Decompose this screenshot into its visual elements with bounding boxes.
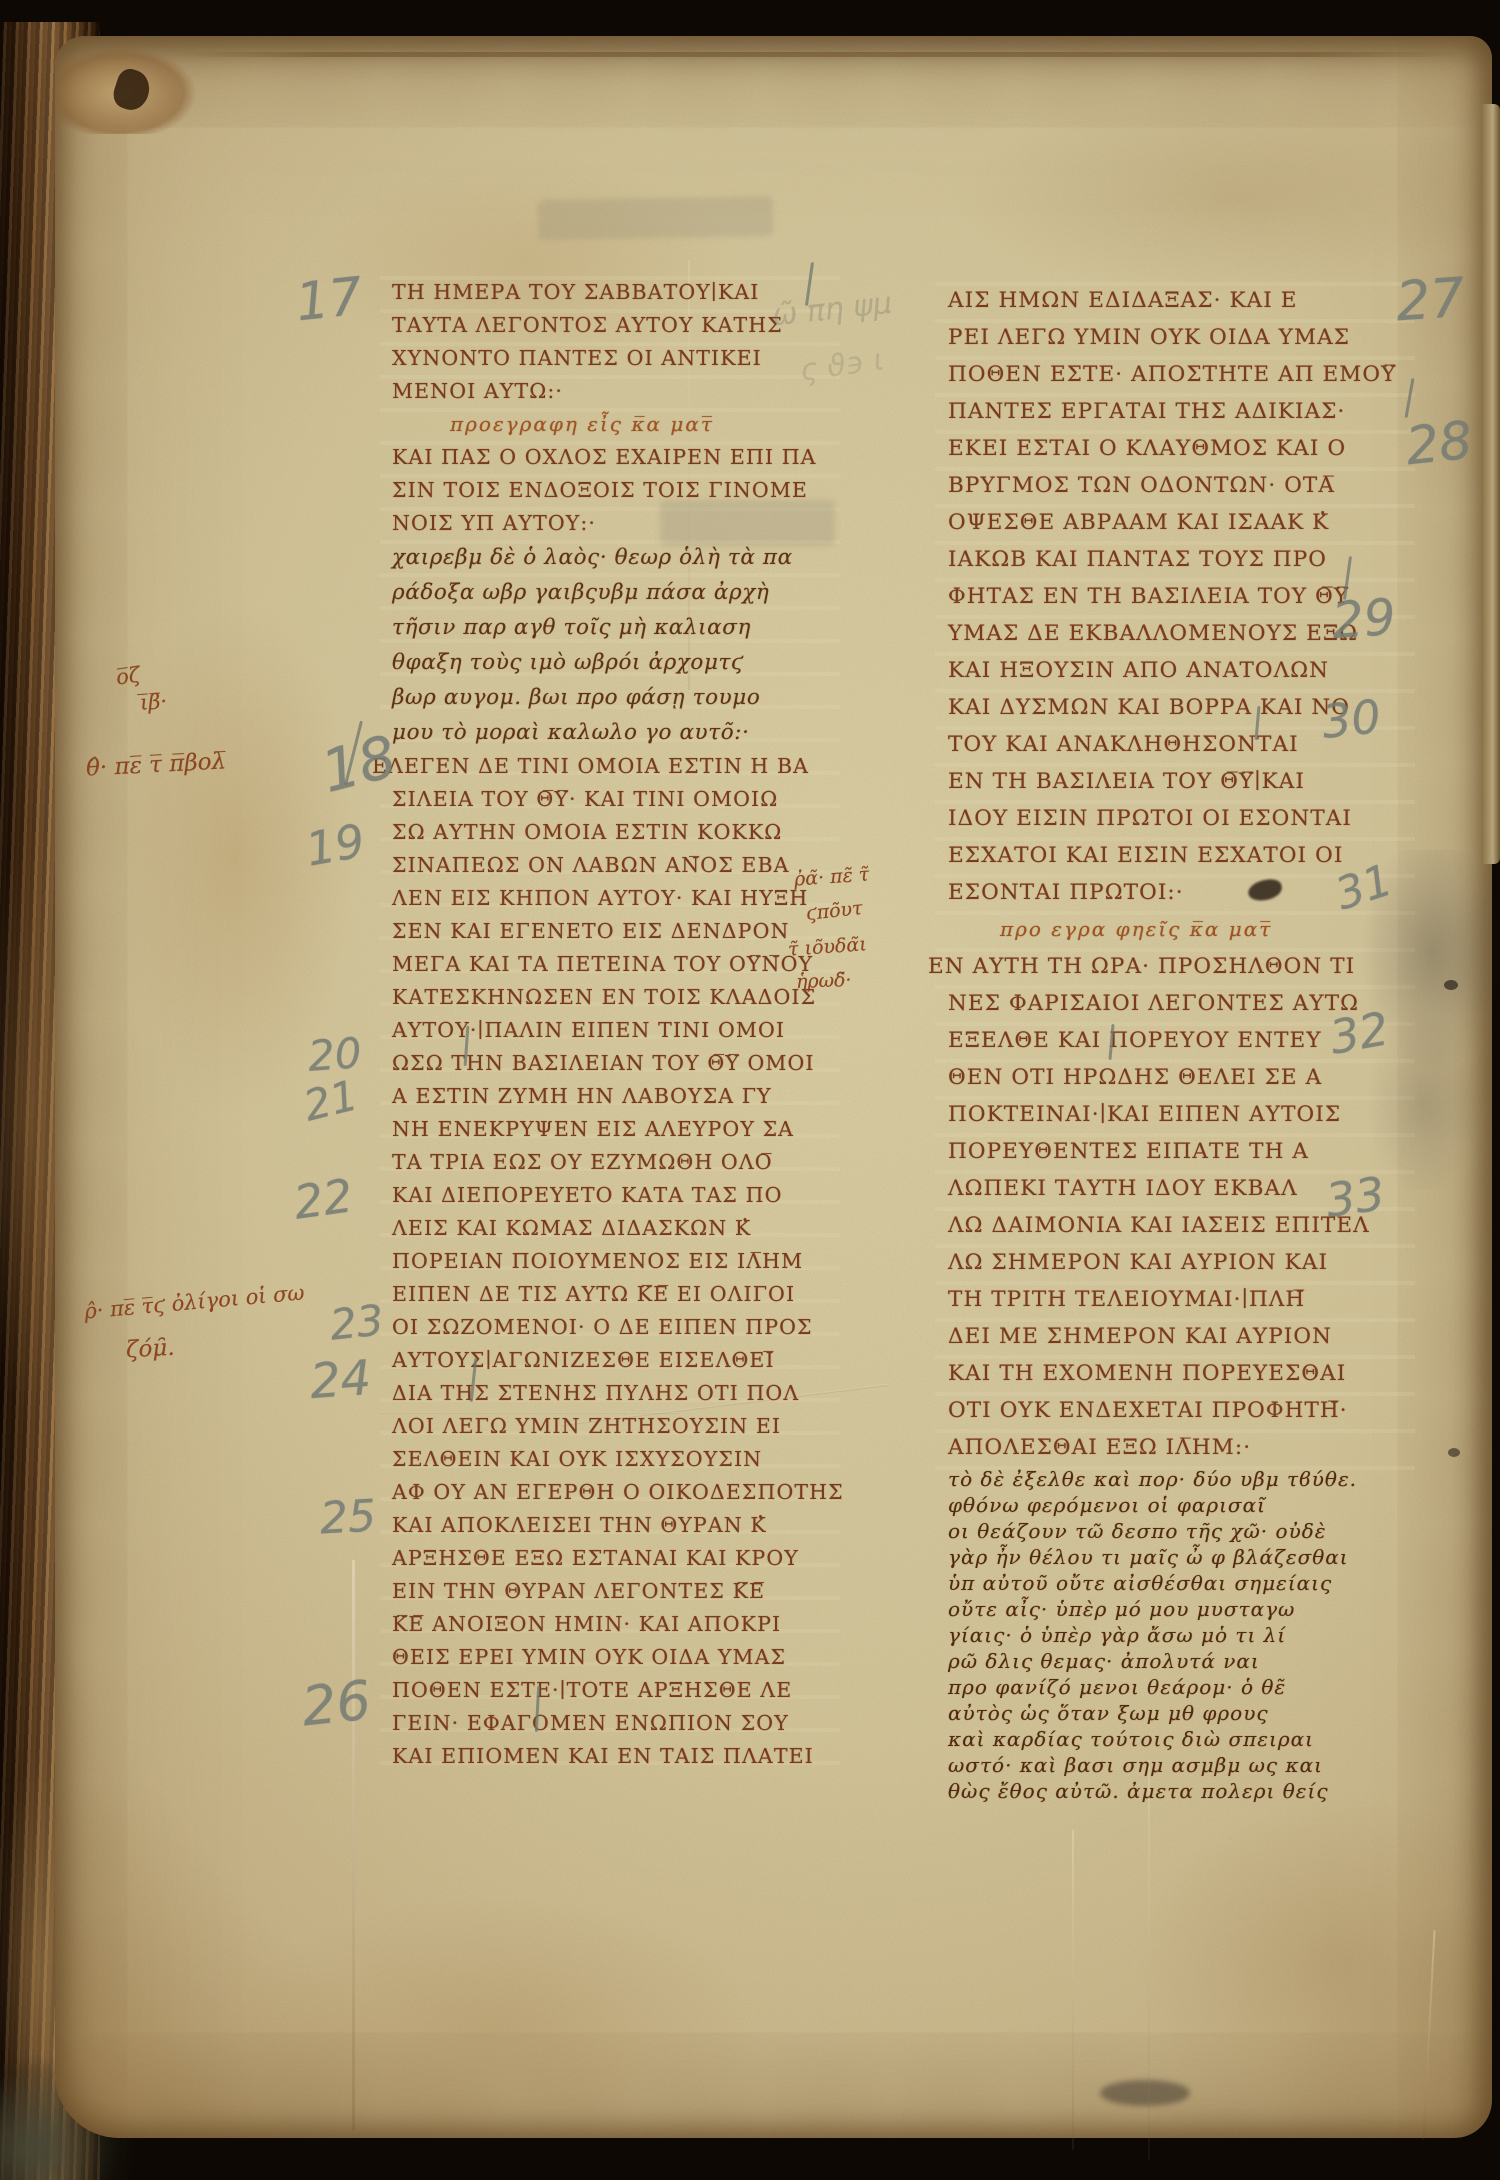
text-line: ὑπ αὐτοῦ οὔτε αἰσθέσθαι σημείαις <box>948 1570 1403 1596</box>
text-line: ΤΗ ΤΡΙΤΗ ΤΕΛΕΙΟΥΜΑΙ·∣ΠΛΗ̅ <box>948 1281 1403 1318</box>
text-line: ΕΝ ΤΗ ΒΑΣΙΛΕΙΑ ΤΟΥ Θ̅Υ̅∣ΚΑΙ <box>948 763 1403 800</box>
left-text-column: ΤΗ ΗΜΕΡΑ ΤΟΥ ΣΑΒΒΑΤΟΥ∣ΚΑΙΤΑΥΤΑ ΛΕΓΟΝΤΟΣ … <box>392 276 824 1773</box>
text-line: ΣΕΝ ΚΑΙ ΕΓΕΝΕΤΟ ΕΙΣ ΔΕΝΔΡΟΝ <box>392 915 824 948</box>
text-line: ΚΑΤΕΣΚΗΝΩΣΕΝ ΕΝ ΤΟΙΣ ΚΛΑΔΟΙΣ <box>392 981 824 1014</box>
text-line: ΤΑ ΤΡΙΑ ΕΩΣ ΟΥ ΕΖΥΜΩΘΗ ΟΛΟ̅ <box>392 1146 824 1179</box>
text-line: ωστό· καὶ βασι σημ ασμβμ ως και <box>948 1752 1403 1778</box>
text-line: ΕΙΠΕΝ ΔΕ ΤΙΣ ΑΥΤΩ Κ̅Ε̅ ΕΙ ΟΛΙΓΟΙ <box>392 1278 824 1311</box>
right-text-column: ΑΙΣ ΗΜΩΝ ΕΔΙΔΑΞΑΣ· ΚΑΙ ΕΡΕΙ ΛΕΓΩ ΥΜΙΝ ΟΥ… <box>948 282 1403 1804</box>
stain <box>235 1896 755 2138</box>
text-line: ΘΕΙΣ ΕΡΕΙ ΥΜΙΝ ΟΥΚ ΟΙΔΑ ΥΜΑΣ <box>392 1641 824 1674</box>
text-line: ΕΞΕΛΘΕ ΚΑΙ ΠΟΡΕΥΟΥ ΕΝΤΕΥ <box>948 1022 1403 1059</box>
text-line: ΑΦ ΟΥ ΑΝ ΕΓΕΡΘΗ Ο ΟΙΚΟΔΕΣΠΟΤΗΣ <box>392 1476 824 1509</box>
text-line: γίαις· ὁ ὑπὲρ γὰρ ἄσω μὁ τι λί <box>948 1622 1403 1648</box>
text-line: ΙΑΚΩΒ ΚΑΙ ΠΑΝΤΑΣ ΤΟΥΣ ΠΡΟ <box>948 541 1403 578</box>
text-line: ΟΤΙ ΟΥΚ ΕΝΔΕΧΕΤΑΙ ΠΡΟΦΗΤΗ̅· <box>948 1392 1403 1429</box>
text-line: βωρ αυγομ. βωι προ φάσῃ τουμο <box>392 680 824 715</box>
text-line: ΑΡΞΗΣΘΕ ΕΞΩ ΕΣΤΑΝΑΙ ΚΑΙ ΚΡΟΥ <box>392 1542 824 1575</box>
text-line: ΤΟΥ ΚΑΙ ΑΝΑΚΛΗΘΗΣΟΝΤΑΙ <box>948 726 1403 763</box>
text-line: οι θεάζουν τῶ δεσπο τῆς χῶ· οὐδὲ <box>948 1518 1403 1544</box>
text-line: ΑΠΟΛΕΣΘΑΙ ΕΞΩ ΙΛ̅ΗΜ:· <box>948 1429 1403 1466</box>
text-line: ΤΗ ΗΜΕΡΑ ΤΟΥ ΣΑΒΒΑΤΟΥ∣ΚΑΙ <box>392 276 824 309</box>
text-line: ΣΙΛΕΙΑ ΤΟΥ Θ̅Υ̅· ΚΑΙ ΤΙΝΙ ΟΜΟΙΩ <box>392 783 824 816</box>
text-line: ΚΑΙ ΕΠΙΟΜΕΝ ΚΑΙ ΕΝ ΤΑΙΣ ΠΛΑΤΕΙ <box>392 1740 824 1773</box>
text-line: φθόνω φερόμενοι οἱ φαρισαῖ <box>948 1492 1403 1518</box>
manuscript-photo: ΤΗ ΗΜΕΡΑ ΤΟΥ ΣΑΒΒΑΤΟΥ∣ΚΑΙΤΑΥΤΑ ΛΕΓΟΝΤΟΣ … <box>0 0 1500 2180</box>
text-line: ΚΑΙ ΤΗ ΕΧΟΜΕΝΗ ΠΟΡΕΥΕΣΘΑΙ <box>948 1355 1403 1392</box>
text-line: ΜΕΝΟΙ ΑΥΤΩ:· <box>392 375 824 408</box>
text-line: ΛΩΠΕΚΙ ΤΑΥΤΗ ΙΔΟΥ ΕΚΒΑΛ <box>948 1170 1403 1207</box>
text-line: ΚΑΙ ΗΞΟΥΣΙΝ ΑΠΟ ΑΝΑΤΟΛΩΝ <box>948 652 1403 689</box>
stain <box>955 96 1492 296</box>
text-line: οὔτε αἶς· ὑπὲρ μό μου μυσταγω <box>948 1596 1403 1622</box>
stain <box>1135 1796 1492 2136</box>
text-line: ΚΑΙ ΔΥΣΜΩΝ ΚΑΙ ΒΟΡΡΑ ΚΑΙ ΝΟ <box>948 689 1403 726</box>
text-line: ΑΥΤΟΥ·∣ΠΑΛΙΝ ΕΙΠΕΝ ΤΙΝΙ ΟΜΟΙ <box>392 1014 824 1047</box>
text-line: ΚΑΙ ΔΙΕΠΟΡΕΥΕΤΟ ΚΑΤΑ ΤΑΣ ΠΟ <box>392 1179 824 1212</box>
bottom-smudge <box>1100 2080 1190 2106</box>
text-line: ΠΑΝΤΕΣ ΕΡΓΑΤΑΙ ΤΗΣ ΑΔΙΚΙΑΣ· <box>948 393 1403 430</box>
text-line: ρῶ δλις θεμας· ἀπολυτά ναι <box>948 1648 1403 1674</box>
text-line: ΕΚΕΙ ΕΣΤΑΙ Ο ΚΛΑΥΘΜΟΣ ΚΑΙ Ο <box>948 430 1403 467</box>
text-line: ΕΙΝ ΤΗΝ ΘΥΡΑΝ ΛΕΓΟΝΤΕΣ Κ̅Ε̅ <box>392 1575 824 1608</box>
text-line: ΠΟΡΕΥΘΕΝΤΕΣ ΕΙΠΑΤΕ ΤΗ Α <box>948 1133 1403 1170</box>
text-line: ΛΕΝ ΕΙΣ ΚΗΠΟΝ ΑΥΤΟΥ· ΚΑΙ ΗΥΞΗ <box>392 882 824 915</box>
text-line: ΔΕΙ ΜΕ ΣΗΜΕΡΟΝ ΚΑΙ ΑΥΡΙΟΝ <box>948 1318 1403 1355</box>
edge-mark <box>1448 1448 1460 1457</box>
text-line: ΛΕΙΣ ΚΑΙ ΚΩΜΑΣ ΔΙΔΑΣΚΩΝ Κ̔ <box>392 1212 824 1245</box>
text-line: ΑΙΣ ΗΜΩΝ ΕΔΙΔΑΞΑΣ· ΚΑΙ Ε <box>948 282 1403 319</box>
text-line: θὼς ἔθος αὐτῶ. ἀμετα πολερι θείς <box>948 1778 1403 1804</box>
text-line: μου τὸ μοραὶ καλωλο γο αυτο̃:· <box>392 715 824 750</box>
text-line: ΝΟΙΣ ΥΠ ΑΥΤΟΥ:· <box>392 507 824 540</box>
text-line: ράδοξα ωβρ γαιβςυβμ πάσα ἀρχὴ <box>392 575 824 610</box>
text-line: ΥΜΑΣ ΔΕ ΕΚΒΑΛΛΟΜΕΝΟΥΣ ΕΞΩ <box>948 615 1403 652</box>
text-line: ΛΟΙ ΛΕΓΩ ΥΜΙΝ ΖΗΤΗΣΟΥΣΙΝ ΕΙ <box>392 1410 824 1443</box>
text-line: ΚΑΙ ΑΠΟΚΛΕΙΣΕΙ ΤΗΝ ΘΥΡΑΝ Κ̔ <box>392 1509 824 1542</box>
text-line: προ φανίζό μενοι θεάρομ· ὁ θε̃ <box>948 1674 1403 1700</box>
text-line: Α ΕΣΤΙΝ ΖΥΜΗ ΗΝ ΛΑΒΟΥΣΑ ΓΥ <box>392 1080 824 1113</box>
text-line: προ εγρα φηεῖς κ̅α ματ̅ <box>948 911 1403 948</box>
text-line: ΑΥΤΟΥΣ∣ΑΓΩΝΙΖΕΣΘΕ ΕΙΣΕΛΘΕΙ̅ <box>392 1344 824 1377</box>
text-line: αὐτὸς ὡς ὅταν ξωμ μθ φρους <box>948 1700 1403 1726</box>
underlying-page-edge <box>175 52 1465 57</box>
text-line: γὰρ ἦν θέλου τι μαῖς ὦ φ βλάζεσθαι <box>948 1544 1403 1570</box>
text-line: ΛΩ ΣΗΜΕΡΟΝ ΚΑΙ ΑΥΡΙΟΝ ΚΑΙ <box>948 1244 1403 1281</box>
text-line: προεγραφη εἶς κ̅α ματ̅ <box>392 408 824 441</box>
ink-offset-ghost <box>538 196 774 240</box>
text-line: ΣΙΝΑΠΕΩΣ ΟΝ ΛΑΒΩΝ ΑΝ̅ΟΣ ΕΒΑ <box>392 849 824 882</box>
text-line: ΣΙΝ ΤΟΙΣ ΕΝΔΟΞΟΙΣ ΤΟΙΣ ΓΙΝΟΜΕ <box>392 474 824 507</box>
text-line: ΛΩ ΔΑΙΜΟΝΙΑ ΚΑΙ ΙΑΣΕΙΣ ΕΠΙΤΕΛ <box>948 1207 1403 1244</box>
text-line: καὶ καρδίας τούτοις διὼ σπειραι <box>948 1726 1403 1752</box>
text-line: ΔΙΑ ΤΗΣ ΣΤΕΝΗΣ ΠΥΛΗΣ ΟΤΙ ΠΟΛ <box>392 1377 824 1410</box>
text-line: τὸ δὲ ἐξελθε καὶ πορ· δύο υβμ τϐύθε. <box>948 1466 1403 1492</box>
text-line: Κ̅Ε̅ ΑΝΟΙΞΟΝ ΗΜΙΝ· ΚΑΙ ΑΠΟΚΡΙ <box>392 1608 824 1641</box>
text-line: ΒΡΥΓΜΟΣ ΤΩΝ ΟΔΟΝΤΩΝ· ΟΤΑ̅ <box>948 467 1403 504</box>
text-line: ΝΕΣ ΦΑΡΙΣΑΙΟΙ ΛΕΓΟΝΤΕΣ ΑΥΤΩ <box>948 985 1403 1022</box>
stain <box>115 596 355 1116</box>
text-line: ΕΣΟΝΤΑΙ ΠΡΩΤΟΙ:· <box>948 874 1403 911</box>
text-line: ΧΥΝΟΝΤΟ ΠΑΝΤΕΣ ΟΙ ΑΝΤΙΚΕΙ <box>392 342 824 375</box>
text-line: ΤΑΥΤΑ ΛΕΓΟΝΤΟΣ ΑΥΤΟΥ ΚΑΤΗΣ <box>392 309 824 342</box>
text-line: ΕΛΕΓΕΝ ΔΕ ΤΙΝΙ ΟΜΟΙΑ ΕΣΤΙΝ Η ΒΑ <box>372 750 824 783</box>
text-line: ΦΗΤΑΣ ΕΝ ΤΗ ΒΑΣΙΛΕΙΑ ΤΟΥ Θ̅Υ̅ <box>948 578 1403 615</box>
text-line: ΚΑΙ ΠΑΣ Ο ΟΧΛΟΣ ΕΧΑΙΡΕΝ ΕΠΙ ΠΑ <box>392 441 824 474</box>
text-line: ΓΕΙΝ· ΕΦΑΓΟΜΕΝ ΕΝΩΠΙΟΝ ΣΟΥ <box>392 1707 824 1740</box>
text-line: ΕΝ ΑΥΤΗ ΤΗ ΩΡΑ· ΠΡΟΣΗΛΘΟΝ ΤΙ <box>928 948 1403 985</box>
text-line: θφαξη τοὺς ιμὸ ωβρόι ἀρχομτϛ <box>392 645 824 680</box>
text-line: ΟΙ ΣΩΖΟΜΕΝΟΙ· Ο ΔΕ ΕΙΠΕΝ ΠΡΟΣ <box>392 1311 824 1344</box>
text-line: τῆσιν παρ αγθ τοῖς μὴ καλιαση <box>392 610 824 645</box>
text-line: ΠΟΚΤΕΙΝΑΙ·∣ΚΑΙ ΕΙΠΕΝ ΑΥΤΟΙΣ <box>948 1096 1403 1133</box>
text-line: ΣΩ ΑΥΤΗΝ ΟΜΟΙΑ ΕΣΤΙΝ ΚΟΚΚΩ <box>392 816 824 849</box>
text-line: ΠΟΘΕΝ ΕΣΤΕ· ΑΠΟΣΤΗΤΕ ΑΠ ΕΜΟΥ̅ <box>948 356 1403 393</box>
text-line: ΩΣΩ ΤΗΝ ΒΑΣΙΛΕΙΑΝ ΤΟΥ Θ̅Υ̅ ΟΜΟΙ <box>392 1047 824 1080</box>
text-line: ΣΕΛΘΕΙΝ ΚΑΙ ΟΥΚ ΙΣΧΥΣΟΥΣΙΝ <box>392 1443 824 1476</box>
text-line: ΡΕΙ ΛΕΓΩ ΥΜΙΝ ΟΥΚ ΟΙΔΑ ΥΜΑΣ <box>948 319 1403 356</box>
text-line: χαιρεβμ δὲ ὁ λαὸς· θεωρ ὁλὴ τὰ πα <box>392 540 824 575</box>
text-line: ΘΕΝ ΟΤΙ ΗΡΩΔΗΣ ΘΕΛΕΙ ΣΕ Α <box>948 1059 1403 1096</box>
text-line: ΙΔΟΥ ΕΙΣΙΝ ΠΡΩΤΟΙ ΟΙ ΕΣΟΝΤΑΙ <box>948 800 1403 837</box>
next-page-edge <box>1482 104 1500 864</box>
text-line: ΕΣΧΑΤΟΙ ΚΑΙ ΕΙΣΙΝ ΕΣΧΑΤΟΙ ΟΙ <box>948 837 1403 874</box>
text-line: ΝΗ ΕΝΕΚΡΥΨΕΝ ΕΙΣ ΑΛΕΥΡΟΥ ΣΑ <box>392 1113 824 1146</box>
text-line: ΠΟΘΕΝ ΕΣΤΕ·∣ΤΟΤΕ ΑΡΞΗΣΘΕ ΛΕ <box>392 1674 824 1707</box>
text-line: ΜΕΓΑ ΚΑΙ ΤΑ ΠΕΤΕΙΝΑ ΤΟΥ ΟΥ̅Ν̅ΟΥ <box>392 948 824 981</box>
edge-mark <box>1444 980 1458 990</box>
text-line: ΠΟΡΕΙΑΝ ΠΟΙΟΥΜΕΝΟΣ ΕΙΣ ΙΛ̅ΗΜ <box>392 1245 824 1278</box>
text-line: ΟΨΕΣΘΕ ΑΒΡΑΑΜ ΚΑΙ ΙΣΑΑΚ Κ̔ <box>948 504 1403 541</box>
